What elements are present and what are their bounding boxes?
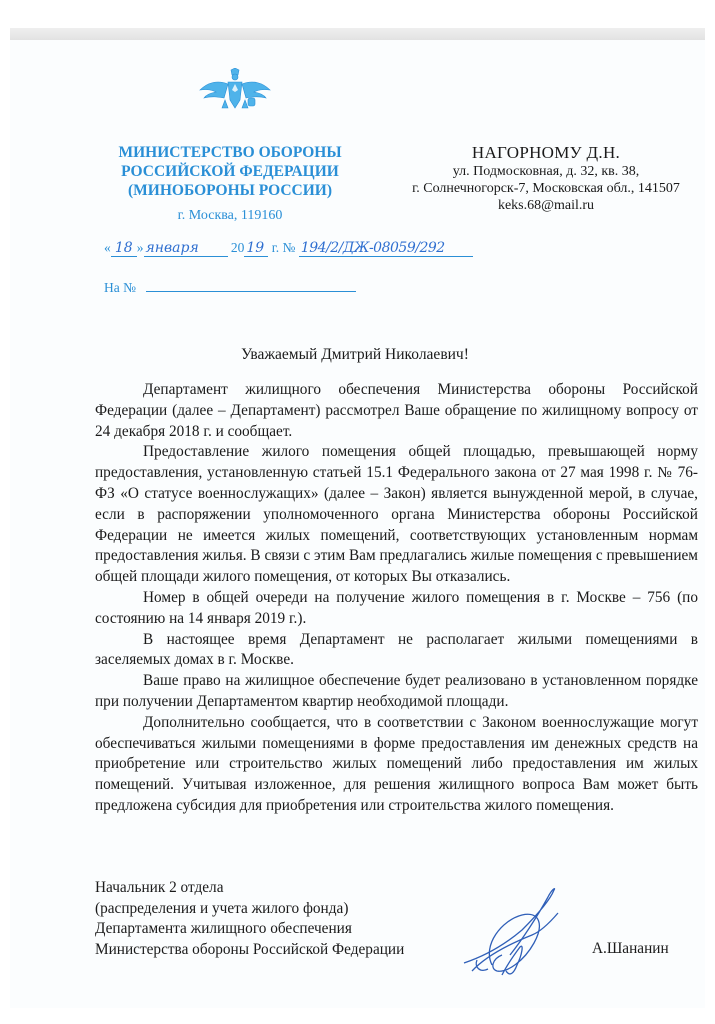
signer-title: Начальник 2 отдела (распределения и учет… <box>95 878 455 960</box>
signature-icon <box>462 885 572 980</box>
number-label: г. № <box>272 240 296 255</box>
registration-month: января <box>144 240 228 257</box>
addressee-address-line-2: г. Солнечногорск-7, Московская обл., 141… <box>395 180 697 197</box>
ministry-letterhead: МИНИСТЕРСТВО ОБОРОНЫ РОССИЙСКОЙ ФЕДЕРАЦИ… <box>110 143 350 200</box>
registration-number: 194/2/ДЖ-08059/292 <box>299 240 473 257</box>
paragraph-4: В настоящее время Департамент не распола… <box>95 630 698 672</box>
org-city: г. Москва, 119160 <box>110 208 350 224</box>
org-line-2: РОССИЙСКОЙ ФЕДЕРАЦИИ <box>110 162 350 181</box>
letter-body: Департамент жилищного обеспечения Минист… <box>95 380 698 817</box>
signer-title-line-4: Министерства обороны Российской Федераци… <box>95 940 455 961</box>
addressee-email: keks.68@mail.ru <box>395 197 697 214</box>
addressee-address-line-1: ул. Подмосковная, д. 32, кв. 38, <box>395 163 697 180</box>
year-prefix: 20 <box>231 240 245 255</box>
greeting: Уважаемый Дмитрий Николаевич! <box>90 346 620 364</box>
open-quote: « <box>104 240 111 255</box>
org-line-3: (МИНОБОРОНЫ РОССИИ) <box>110 181 350 200</box>
close-quote: » <box>137 240 144 255</box>
paragraph-5: Ваше право на жилищное обеспечение будет… <box>95 671 698 713</box>
org-line-1: МИНИСТЕРСТВО ОБОРОНЫ <box>110 143 350 162</box>
registration-day: 18 <box>111 240 137 257</box>
addressee-block: НАГОРНОМУ Д.Н. ул. Подмосковная, д. 32, … <box>395 143 697 214</box>
signer-name: А.Шананин <box>592 940 669 958</box>
registration-year: 19 <box>244 240 268 257</box>
paragraph-6: Дополнительно сообщается, что в соответс… <box>95 713 698 817</box>
reply-label: На № <box>104 280 136 295</box>
signer-title-line-2: (распределения и учета жилого фонда) <box>95 899 455 920</box>
reply-number-blank <box>146 281 356 292</box>
paragraph-3: Номер в общей очереди на получение жилог… <box>95 588 698 630</box>
registration-line: «18»января 2019 г. № 194/2/ДЖ-08059/292 <box>104 240 473 257</box>
reply-to-line: На № <box>104 280 356 296</box>
signer-title-line-3: Департамента жилищного обеспечения <box>95 919 455 940</box>
signer-title-line-1: Начальник 2 отдела <box>95 878 455 899</box>
paragraph-1: Департамент жилищного обеспечения Минист… <box>95 380 698 442</box>
addressee-name: НАГОРНОМУ Д.Н. <box>395 143 697 163</box>
paragraph-2: Предоставление жилого помещения общей пл… <box>95 442 698 588</box>
eagle-emblem-icon <box>198 68 272 114</box>
